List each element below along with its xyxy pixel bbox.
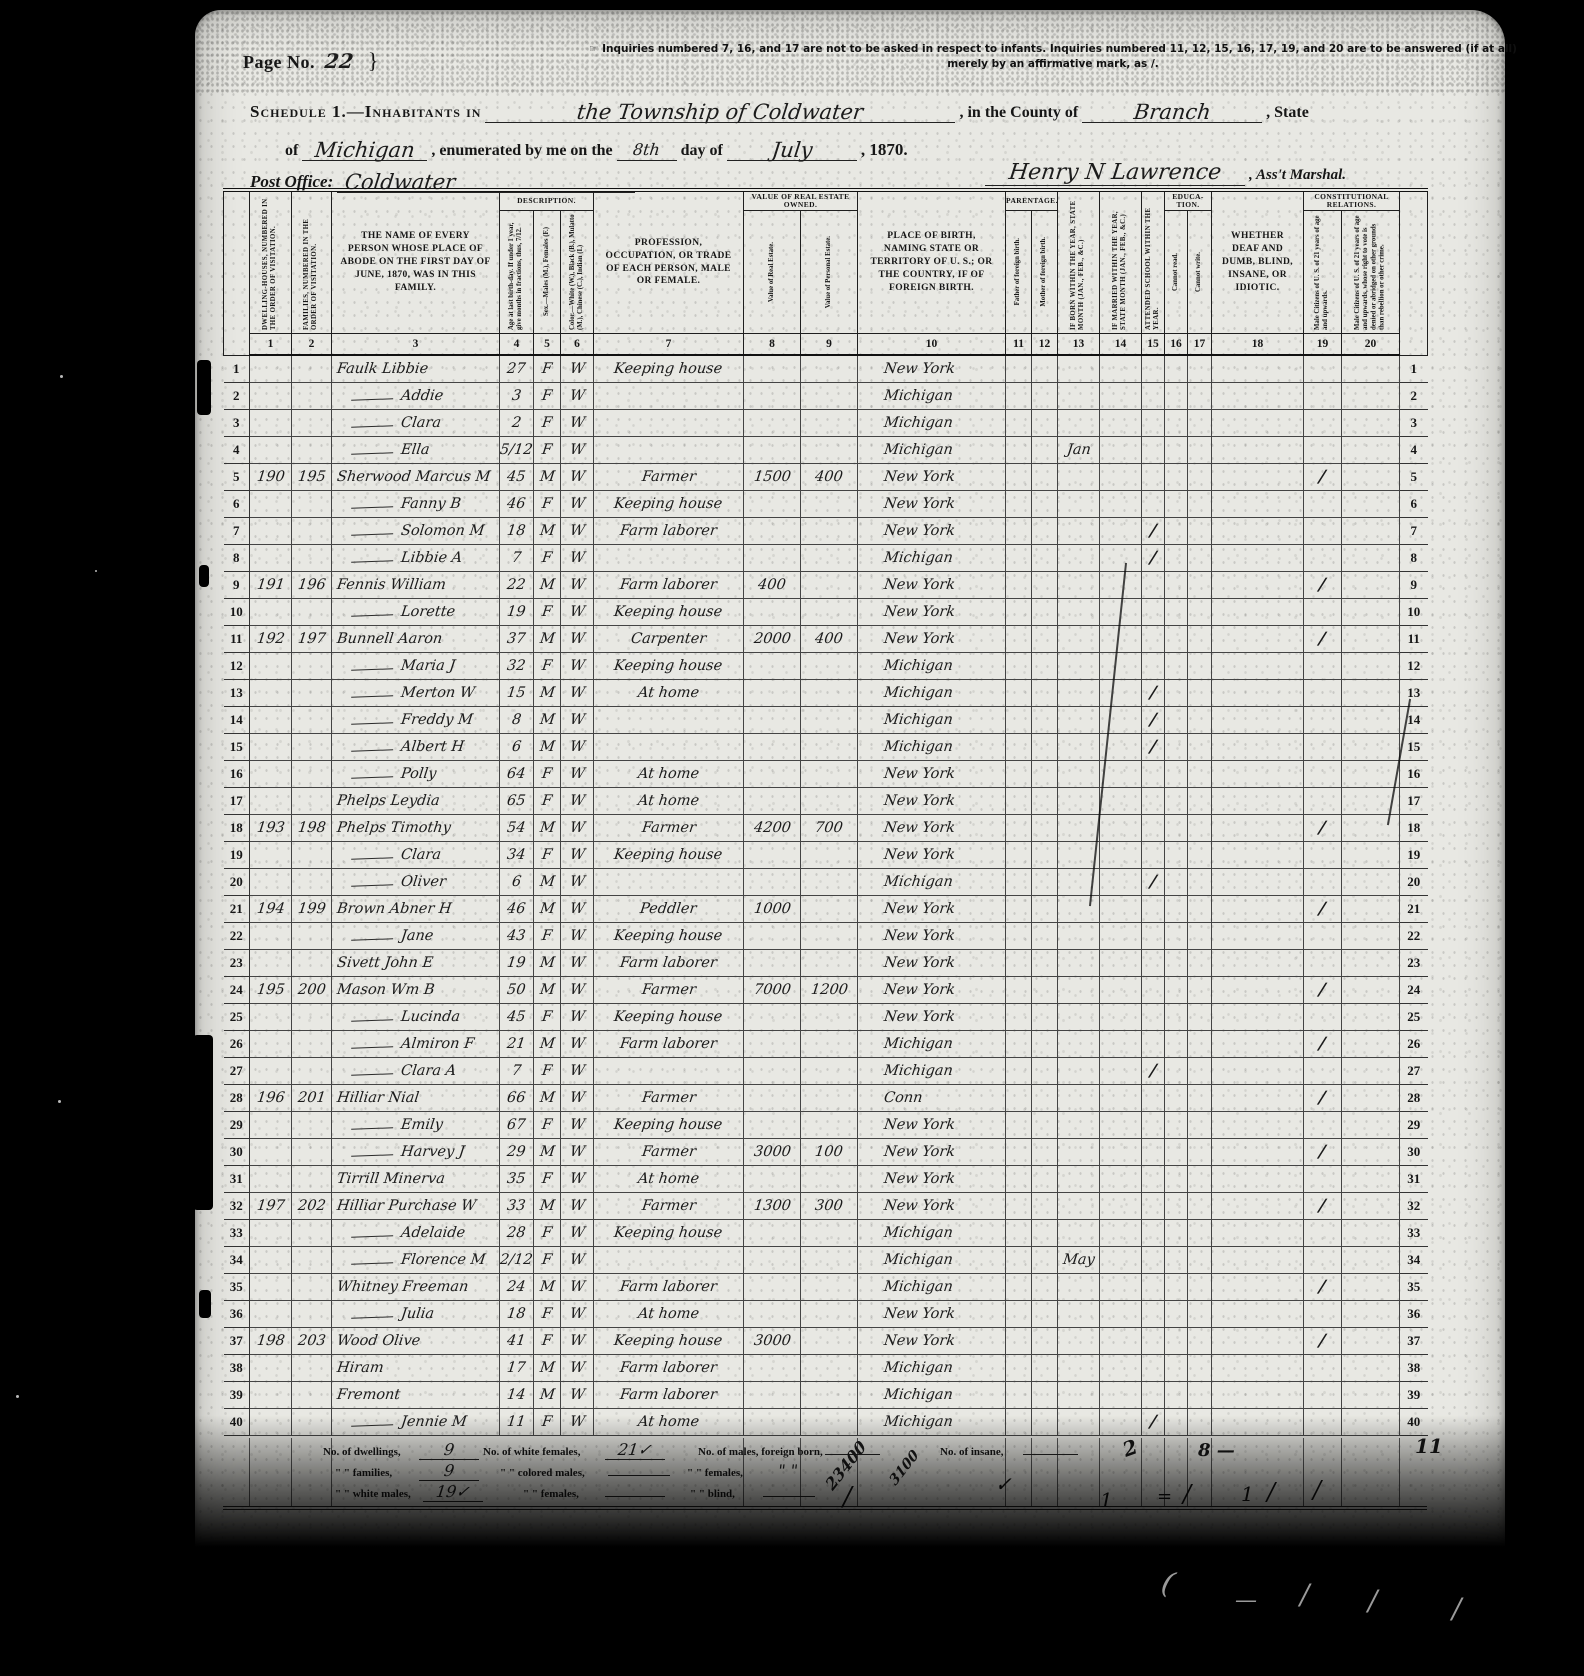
cell-attended-school	[1142, 1300, 1165, 1327]
cell-deaf-dumb	[1212, 1192, 1304, 1219]
cell-age: 27	[500, 355, 534, 382]
cell-mother-foreign	[1032, 382, 1058, 409]
cell-real-estate	[744, 706, 801, 733]
cell-mother-foreign	[1032, 760, 1058, 787]
cell-color: W	[561, 463, 594, 490]
cell-attended-school	[1142, 1246, 1165, 1273]
cell-name: Florence M	[332, 1246, 500, 1273]
col-age-header: Age at last birth-day. If under 1 year, …	[500, 211, 534, 334]
cell-cannot-read	[1165, 733, 1188, 760]
cell-cannot-write	[1188, 598, 1212, 625]
cell-deaf-dumb	[1212, 868, 1304, 895]
cell-deaf-dumb	[1212, 1003, 1304, 1030]
instructions-note: ☞ Inquiries numbered 7, 16, and 17 are n…	[483, 42, 1584, 72]
cell-occupation	[594, 409, 744, 436]
cell-mother-foreign	[1032, 517, 1058, 544]
line-number-left: 32	[224, 1192, 250, 1219]
cell-real-estate: 2000	[744, 625, 801, 652]
cell-family: 198	[292, 814, 332, 841]
cell-birthplace: New York	[858, 1138, 1006, 1165]
marshal-signature: Henry N Lawrence	[985, 160, 1245, 186]
cell-cannot-write	[1188, 1381, 1212, 1408]
table-row: 34Florence M2/12FWMichiganMay34	[224, 1246, 1428, 1273]
line-number-left: 23	[224, 949, 250, 976]
cell-personal-estate: 300	[801, 1192, 858, 1219]
cell-attended-school: /	[1142, 706, 1165, 733]
cell-real-estate: 400	[744, 571, 801, 598]
cell-cannot-read	[1165, 1219, 1188, 1246]
cell-dwelling: 196	[250, 1084, 292, 1111]
cell-cannot-write	[1188, 1165, 1212, 1192]
cell-personal-estate	[801, 355, 858, 382]
cell-cannot-write	[1188, 1084, 1212, 1111]
cell-age: 50	[500, 976, 534, 1003]
cell-birthplace: New York	[858, 1327, 1006, 1354]
line-number-right: 9	[1400, 571, 1428, 598]
cell-age: 2	[500, 409, 534, 436]
cell-married-month	[1100, 1192, 1142, 1219]
cell-vote-denied	[1342, 1327, 1400, 1354]
cell-married-month	[1100, 652, 1142, 679]
line-number-left: 36	[224, 1300, 250, 1327]
table-row: 3Clara2FWMichigan3	[224, 409, 1428, 436]
cell-attended-school: /	[1142, 1057, 1165, 1084]
cell-personal-estate	[801, 1219, 858, 1246]
cell-personal-estate: 400	[801, 625, 858, 652]
cell-married-month	[1100, 976, 1142, 1003]
cell-male-citizen	[1304, 598, 1342, 625]
cell-born-month: May	[1058, 1246, 1100, 1273]
cell-name: Solomon M	[332, 517, 500, 544]
cell-age: 18	[500, 517, 534, 544]
scan-speck	[95, 570, 97, 572]
cell-born-month	[1058, 814, 1100, 841]
cell-born-month	[1058, 760, 1100, 787]
cell-born-month	[1058, 895, 1100, 922]
cell-age: 5/12	[500, 436, 534, 463]
cell-vote-denied	[1342, 868, 1400, 895]
colnum-12: 12	[1032, 334, 1058, 356]
cell-name: Albert H	[332, 733, 500, 760]
table-row: 20Oliver6MWMichigan/20	[224, 868, 1428, 895]
cell-mother-foreign	[1032, 1057, 1058, 1084]
cell-color: W	[561, 598, 594, 625]
cell-cannot-write	[1188, 409, 1212, 436]
cell-family	[292, 1219, 332, 1246]
cell-married-month	[1100, 814, 1142, 841]
cell-father-foreign	[1006, 1273, 1032, 1300]
cell-sex: M	[534, 463, 561, 490]
cell-personal-estate	[801, 1084, 858, 1111]
cell-name: Fennis William	[332, 571, 500, 598]
cell-mother-foreign	[1032, 490, 1058, 517]
cell-age: 8	[500, 706, 534, 733]
table-row: 26Almiron F21MWFarm laborerMichigan/26	[224, 1030, 1428, 1057]
cell-occupation: Farm laborer	[594, 571, 744, 598]
cell-cannot-write	[1188, 571, 1212, 598]
cell-occupation: Farm laborer	[594, 1273, 744, 1300]
cell-vote-denied	[1342, 1111, 1400, 1138]
cell-dwelling	[250, 787, 292, 814]
cell-cannot-read	[1165, 490, 1188, 517]
cell-age: 64	[500, 760, 534, 787]
cell-color: W	[561, 733, 594, 760]
cell-personal-estate	[801, 409, 858, 436]
cell-color: W	[561, 517, 594, 544]
table-row: 27Clara A7FWMichigan/27	[224, 1057, 1428, 1084]
cell-sex: F	[534, 652, 561, 679]
cell-personal-estate	[801, 1273, 858, 1300]
cell-sex: M	[534, 1381, 561, 1408]
cell-vote-denied	[1342, 1354, 1400, 1381]
cell-cannot-read	[1165, 517, 1188, 544]
cell-father-foreign	[1006, 517, 1032, 544]
cell-mother-foreign	[1032, 463, 1058, 490]
cell-cannot-read	[1165, 355, 1188, 382]
cell-birthplace: New York	[858, 787, 1006, 814]
line-number-left: 35	[224, 1273, 250, 1300]
cell-vote-denied	[1342, 706, 1400, 733]
cell-cannot-read	[1165, 1084, 1188, 1111]
cell-family	[292, 1381, 332, 1408]
cell-color: W	[561, 949, 594, 976]
cell-dwelling	[250, 1246, 292, 1273]
cell-father-foreign	[1006, 1354, 1032, 1381]
cell-mother-foreign	[1032, 652, 1058, 679]
line-number-right: 34	[1400, 1246, 1428, 1273]
cell-personal-estate: 400	[801, 463, 858, 490]
cell-family	[292, 490, 332, 517]
cell-real-estate	[744, 1219, 801, 1246]
cell-male-citizen: /	[1304, 1327, 1342, 1354]
cell-family	[292, 760, 332, 787]
cell-mother-foreign	[1032, 1219, 1058, 1246]
table-row: 28196201Hilliar Nial66MWFarmerConn/28	[224, 1084, 1428, 1111]
line-number-left: 20	[224, 868, 250, 895]
ditto-dash	[351, 739, 393, 751]
cell-age: 65	[500, 787, 534, 814]
cell-real-estate	[744, 922, 801, 949]
cell-cannot-read	[1165, 436, 1188, 463]
scanned-census-page: { "page_header": { "page_label": "Page N…	[0, 0, 1584, 1676]
cell-married-month	[1100, 1165, 1142, 1192]
cell-cannot-read	[1165, 1354, 1188, 1381]
cell-birthplace: Michigan	[858, 544, 1006, 571]
col-personal-estate-header: Value of Personal Estate.	[801, 211, 858, 334]
cell-color: W	[561, 652, 594, 679]
scan-speck	[58, 1100, 61, 1103]
cell-mother-foreign	[1032, 679, 1058, 706]
cell-deaf-dumb	[1212, 544, 1304, 571]
cell-real-estate	[744, 598, 801, 625]
table-row: 39Fremont14MWFarm laborerMichigan39	[224, 1381, 1428, 1408]
cell-mother-foreign	[1032, 949, 1058, 976]
cell-family: 196	[292, 571, 332, 598]
cell-married-month	[1100, 490, 1142, 517]
col-male-citizen-header: Male Citizens of U. S. of 21 years of ag…	[1304, 211, 1342, 334]
cell-male-citizen	[1304, 841, 1342, 868]
cell-born-month	[1058, 382, 1100, 409]
cell-cannot-read	[1165, 598, 1188, 625]
cell-real-estate	[744, 517, 801, 544]
cell-age: 24	[500, 1273, 534, 1300]
line-number-left: 30	[224, 1138, 250, 1165]
cell-vote-denied	[1342, 1273, 1400, 1300]
cell-deaf-dumb	[1212, 409, 1304, 436]
cell-color: W	[561, 1111, 594, 1138]
cell-personal-estate	[801, 571, 858, 598]
cell-family	[292, 1030, 332, 1057]
line-number-right: 5	[1400, 463, 1428, 490]
cell-born-month	[1058, 679, 1100, 706]
ditto-dash	[351, 1063, 393, 1075]
cell-color: W	[561, 1381, 594, 1408]
cell-vote-denied	[1342, 814, 1400, 841]
cell-real-estate: 7000	[744, 976, 801, 1003]
cell-male-citizen	[1304, 436, 1342, 463]
cell-male-citizen	[1304, 1057, 1342, 1084]
cell-attended-school	[1142, 652, 1165, 679]
cell-father-foreign	[1006, 544, 1032, 571]
cell-dwelling	[250, 382, 292, 409]
cell-family	[292, 517, 332, 544]
cell-cannot-write	[1188, 544, 1212, 571]
col-dwelling-header: Dwelling-houses, numbered in the order o…	[250, 190, 292, 334]
county-label: , in the County of	[959, 104, 1078, 121]
month-entry: July	[727, 136, 857, 161]
cell-age: 35	[500, 1165, 534, 1192]
cell-age: 14	[500, 1381, 534, 1408]
cell-attended-school	[1142, 1138, 1165, 1165]
cell-mother-foreign	[1032, 841, 1058, 868]
cell-age: 7	[500, 544, 534, 571]
cell-occupation: Farm laborer	[594, 1354, 744, 1381]
cell-born-month	[1058, 706, 1100, 733]
cell-married-month	[1100, 1381, 1142, 1408]
cell-name: Polly	[332, 760, 500, 787]
col-name-header: The name of every person whose place of …	[332, 190, 500, 334]
cell-mother-foreign	[1032, 1003, 1058, 1030]
cell-name: Lucinda	[332, 1003, 500, 1030]
cell-occupation	[594, 733, 744, 760]
cell-age: 29	[500, 1138, 534, 1165]
cell-mother-foreign	[1032, 868, 1058, 895]
cell-sex: F	[534, 598, 561, 625]
table-row: 18193198Phelps Timothy54MWFarmer4200700N…	[224, 814, 1428, 841]
cell-mother-foreign	[1032, 1354, 1058, 1381]
cell-cannot-write	[1188, 1138, 1212, 1165]
cell-family	[292, 679, 332, 706]
cell-cannot-read	[1165, 679, 1188, 706]
cell-sex: F	[534, 1165, 561, 1192]
cell-dwelling	[250, 490, 292, 517]
cell-deaf-dumb	[1212, 1246, 1304, 1273]
cell-sex: F	[534, 436, 561, 463]
cell-deaf-dumb	[1212, 652, 1304, 679]
ditto-dash	[351, 1306, 393, 1318]
cell-male-citizen	[1304, 1219, 1342, 1246]
cell-born-month	[1058, 598, 1100, 625]
cell-age: 37	[500, 625, 534, 652]
cell-color: W	[561, 1219, 594, 1246]
cell-male-citizen: /	[1304, 463, 1342, 490]
cell-color: W	[561, 922, 594, 949]
cell-dwelling: 193	[250, 814, 292, 841]
cell-born-month	[1058, 949, 1100, 976]
cell-family	[292, 1300, 332, 1327]
colnum-1: 1	[250, 334, 292, 356]
cell-age: 46	[500, 895, 534, 922]
cell-born-month	[1058, 1030, 1100, 1057]
cell-occupation: Keeping house	[594, 490, 744, 517]
line-number-right: 10	[1400, 598, 1428, 625]
cell-birthplace: New York	[858, 625, 1006, 652]
cell-born-month	[1058, 922, 1100, 949]
cell-vote-denied	[1342, 1138, 1400, 1165]
cell-attended-school: /	[1142, 544, 1165, 571]
cell-father-foreign	[1006, 1327, 1032, 1354]
cell-occupation	[594, 706, 744, 733]
cell-deaf-dumb	[1212, 1057, 1304, 1084]
cell-age: 28	[500, 1219, 534, 1246]
cell-family	[292, 787, 332, 814]
cell-married-month	[1100, 1354, 1142, 1381]
colnum-13: 13	[1058, 334, 1100, 356]
ditto-dash	[351, 1252, 393, 1264]
cell-male-citizen	[1304, 1381, 1342, 1408]
cell-father-foreign	[1006, 409, 1032, 436]
cell-married-month	[1100, 1246, 1142, 1273]
cell-dwelling	[250, 355, 292, 382]
cell-family	[292, 355, 332, 382]
table-row: 6Fanny B46FWKeeping houseNew York6	[224, 490, 1428, 517]
cell-birthplace: Michigan	[858, 679, 1006, 706]
cell-mother-foreign	[1032, 787, 1058, 814]
cell-cannot-write	[1188, 949, 1212, 976]
cell-birthplace: New York	[858, 598, 1006, 625]
table-row: 30Harvey J29MWFarmer3000100New York/30	[224, 1138, 1428, 1165]
cell-born-month	[1058, 1138, 1100, 1165]
cell-sex: M	[534, 1354, 561, 1381]
cell-color: W	[561, 1327, 594, 1354]
cell-sex: F	[534, 841, 561, 868]
cell-father-foreign	[1006, 1165, 1032, 1192]
cell-married-month	[1100, 841, 1142, 868]
cell-personal-estate	[801, 1300, 858, 1327]
line-number-right: 35	[1400, 1273, 1428, 1300]
cell-real-estate: 4200	[744, 814, 801, 841]
cell-male-citizen	[1304, 490, 1342, 517]
cell-name: Maria J	[332, 652, 500, 679]
cell-born-month	[1058, 1057, 1100, 1084]
line-number-left: 28	[224, 1084, 250, 1111]
cell-family: 201	[292, 1084, 332, 1111]
cell-vote-denied	[1342, 1300, 1400, 1327]
cell-color: W	[561, 1273, 594, 1300]
scan-speck	[16, 1395, 19, 1398]
line-number-left: 27	[224, 1057, 250, 1084]
table-row: 2Addie3FWMichigan2	[224, 382, 1428, 409]
cell-cannot-write	[1188, 355, 1212, 382]
cell-cannot-write	[1188, 1300, 1212, 1327]
cell-family	[292, 1111, 332, 1138]
cell-mother-foreign	[1032, 1246, 1058, 1273]
cell-personal-estate	[801, 1111, 858, 1138]
cell-deaf-dumb	[1212, 814, 1304, 841]
cell-birthplace: New York	[858, 895, 1006, 922]
colnum-16: 16	[1165, 334, 1188, 356]
cell-family: 202	[292, 1192, 332, 1219]
line-number-right: 12	[1400, 652, 1428, 679]
cell-married-month	[1100, 1300, 1142, 1327]
scan-edge-blob	[197, 360, 211, 415]
cell-cannot-write	[1188, 706, 1212, 733]
cell-sex: M	[534, 814, 561, 841]
cell-cannot-read	[1165, 409, 1188, 436]
cell-personal-estate	[801, 706, 858, 733]
cell-real-estate	[744, 1030, 801, 1057]
table-row: 10Lorette19FWKeeping houseNew York10	[224, 598, 1428, 625]
cell-color: W	[561, 760, 594, 787]
ditto-dash	[351, 1117, 393, 1129]
cell-age: 19	[500, 598, 534, 625]
cell-father-foreign	[1006, 1381, 1032, 1408]
cell-age: 22	[500, 571, 534, 598]
colnum-19: 19	[1304, 334, 1342, 356]
cell-real-estate: 1000	[744, 895, 801, 922]
state-suffix-label: , State	[1266, 104, 1309, 121]
cell-name: Fremont	[332, 1381, 500, 1408]
cell-cannot-write	[1188, 814, 1212, 841]
instructions-line2: merely by an affirmative mark, as /.	[483, 57, 1584, 72]
cell-color: W	[561, 1354, 594, 1381]
group-value-owned: Value of Real Estate Owned.	[744, 190, 858, 211]
cell-married-month	[1100, 1057, 1142, 1084]
colnum-10: 10	[858, 334, 1006, 356]
cell-personal-estate	[801, 922, 858, 949]
cell-dwelling	[250, 598, 292, 625]
table-row: 11192197Bunnell Aaron37MWCarpenter200040…	[224, 625, 1428, 652]
state-entry: Michigan	[302, 136, 427, 161]
cell-color: W	[561, 571, 594, 598]
cell-birthplace: Michigan	[858, 1354, 1006, 1381]
cell-birthplace: Michigan	[858, 1057, 1006, 1084]
cell-deaf-dumb	[1212, 949, 1304, 976]
cell-age: 19	[500, 949, 534, 976]
cell-sex: F	[534, 409, 561, 436]
scan-edge-mark: /	[1368, 1584, 1377, 1617]
cell-dwelling	[250, 1300, 292, 1327]
cell-name: Fanny B	[332, 490, 500, 517]
cell-birthplace: Michigan	[858, 382, 1006, 409]
cell-cannot-write	[1188, 841, 1212, 868]
cell-birthplace: New York	[858, 841, 1006, 868]
cell-deaf-dumb	[1212, 1138, 1304, 1165]
line-number-left: 14	[224, 706, 250, 733]
cell-vote-denied	[1342, 949, 1400, 976]
cell-vote-denied	[1342, 382, 1400, 409]
cell-attended-school	[1142, 1165, 1165, 1192]
cell-occupation: Keeping house	[594, 841, 744, 868]
cell-birthplace: New York	[858, 355, 1006, 382]
colnum-4: 4	[500, 334, 534, 356]
table-row: 12Maria J32FWKeeping houseMichigan12	[224, 652, 1428, 679]
cell-age: 7	[500, 1057, 534, 1084]
cell-mother-foreign	[1032, 1111, 1058, 1138]
cell-real-estate: 3000	[744, 1138, 801, 1165]
scan-edge-mark: /	[1300, 1578, 1309, 1611]
cell-vote-denied	[1342, 1030, 1400, 1057]
